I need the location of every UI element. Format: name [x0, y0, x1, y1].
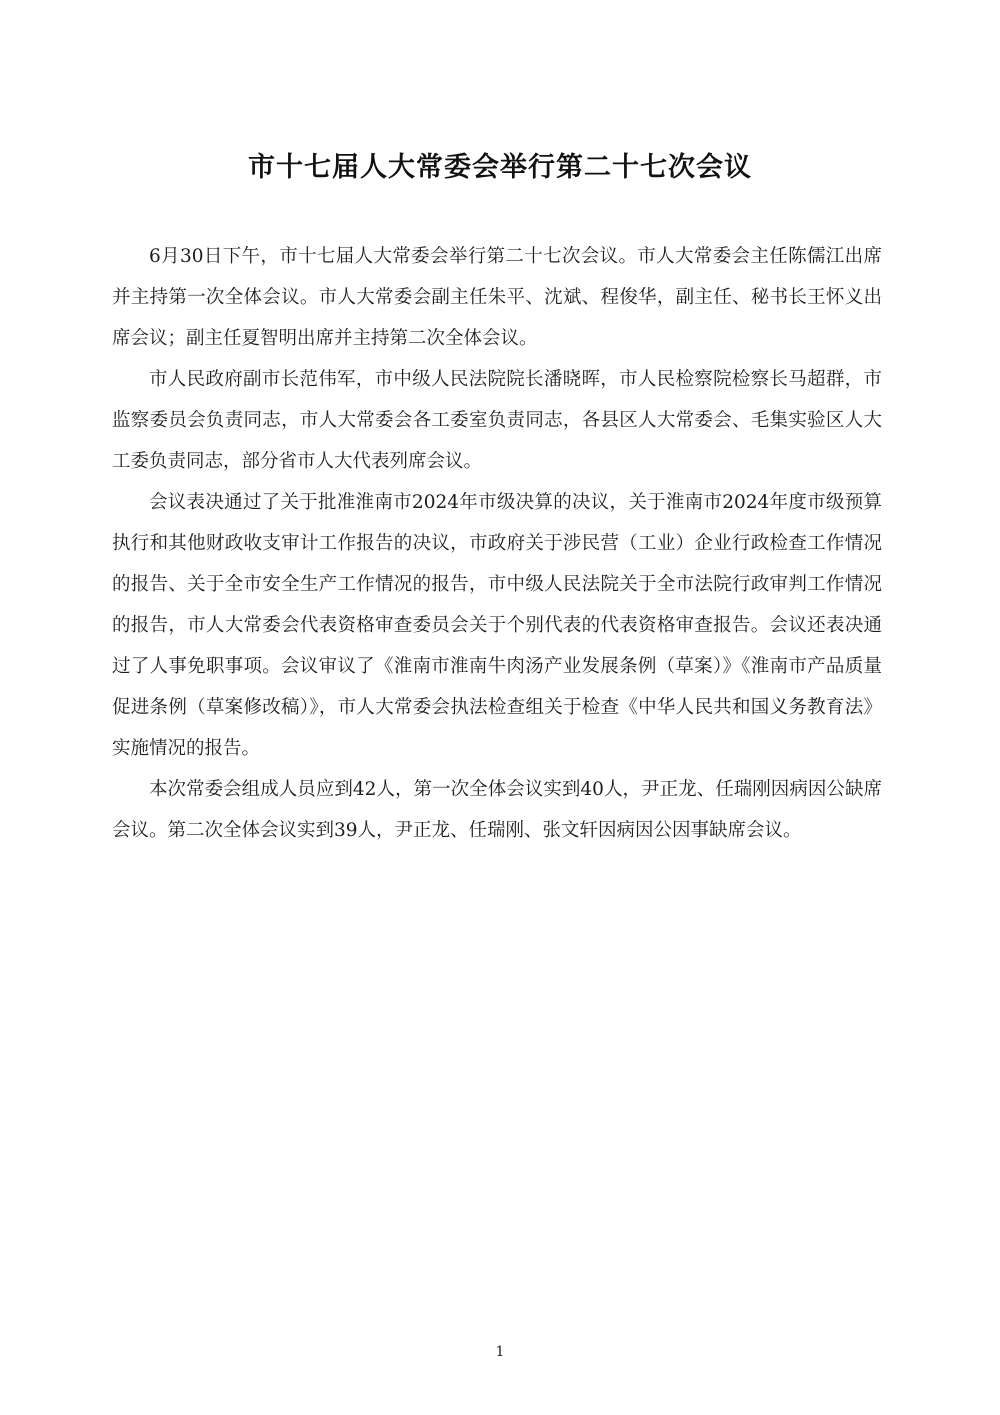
paragraph-resolutions: 会议表决通过了关于批准淮南市2024年市级决算的决议，关于淮南市2024年度市级…	[112, 482, 882, 769]
page-number: 1	[0, 1344, 1000, 1360]
paragraph-meeting-overview: 6月30日下午，市十七届人大常委会举行第二十七次会议。市人大常委会主任陈儒江出席…	[112, 236, 882, 359]
document-body: 6月30日下午，市十七届人大常委会举行第二十七次会议。市人大常委会主任陈儒江出席…	[112, 236, 882, 851]
document-page: 市十七届人大常委会举行第二十七次会议 6月30日下午，市十七届人大常委会举行第二…	[0, 0, 1000, 1415]
document-title: 市十七届人大常委会举行第二十七次会议	[0, 148, 1000, 188]
paragraph-attendees: 市人民政府副市长范伟军，市中级人民法院院长潘晓晖，市人民检察院检察长马超群，市监…	[112, 359, 882, 482]
paragraph-attendance-count: 本次常委会组成人员应到42人，第一次全体会议实到40人，尹正龙、任瑞刚因病因公缺…	[112, 769, 882, 851]
